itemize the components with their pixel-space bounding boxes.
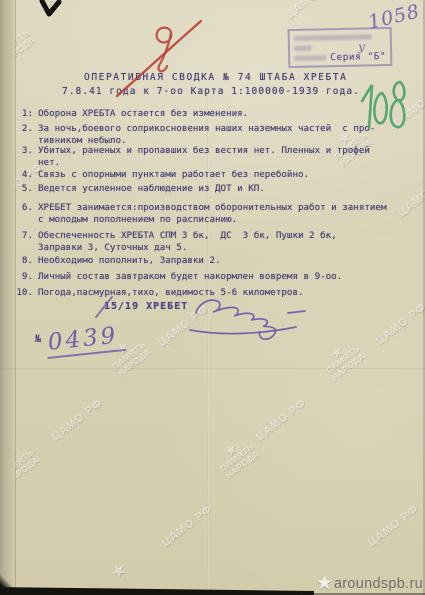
item-text: Погода,пасмурная,тихо, видимость 5-6 кил… <box>38 287 304 299</box>
report-item-10: 10.Погода,пасмурная,тихо, видимость 5-6 … <box>11 287 304 299</box>
stamp-letter: у <box>358 43 365 51</box>
report-title-line1: ОПЕРАТИВНАЯ СВОДКА № 74 ШТАБА ХРЕБТА <box>84 72 348 83</box>
stamp-series-line: Серия "Б" <box>294 51 386 63</box>
item-text: Личный состав завтраком будет накормлен … <box>38 271 342 283</box>
watermark-pamyat-naroda: ★ПАМЯТЬНАРОДА <box>326 122 375 169</box>
watermark-pamyat-naroda: ★ПАМЯТЬНАРОДА <box>212 434 261 481</box>
watermark-text-line: ПАМЯТЬ <box>325 344 362 376</box>
green-ink-108 <box>362 82 404 128</box>
watermark-camo: ЦАМО РФ <box>374 301 425 348</box>
watermark-pamyat-naroda: ★ПАМЯТЬНАРОДА <box>318 336 367 383</box>
vertical-fold-line <box>207 90 209 595</box>
credit-site-name: aroundspb.ru <box>334 576 423 592</box>
watermark-text-line: НАРОДА <box>116 347 153 378</box>
watermark-camo: ЦАМО РФ <box>36 0 91 13</box>
watermark-text-line: НАРОДА <box>224 449 261 480</box>
site-credit: ★ aroundspb.ru <box>316 575 423 593</box>
report-item-9: 9.Личный состав завтраком будет накормле… <box>11 271 342 283</box>
watermark-text-line: НАРОДА <box>338 137 375 168</box>
watermark-pamyat-naroda: ★ПАМЯТЬНАРОДА <box>104 332 153 379</box>
signoff-line: 15/19 ХРЕБЕТ <box>104 301 188 312</box>
item-text: ХРЕБЕТ занимается:производством оборонит… <box>38 202 386 225</box>
report-item-5: 5.Ведется усиленное наблюдение из ДОТ и … <box>11 183 265 195</box>
bottom-scan-edge <box>0 587 314 595</box>
star-icon: ★ <box>115 340 131 356</box>
watermark-camo: ЦАМО РФ <box>366 503 421 550</box>
star-icon: ★ <box>337 130 353 146</box>
item-text: Необходимо пополнить, Заправки 2. <box>38 255 221 267</box>
stamp-series-label: Серия "Б" <box>330 51 386 63</box>
horizontal-fold-line <box>0 368 425 369</box>
stamp-illegible-text <box>294 55 326 61</box>
bottom-left-corner-shadow <box>0 573 14 595</box>
item-text: Ведется усиленное наблюдение из ДОТ и КП… <box>38 183 265 195</box>
star-icon: ★ <box>329 344 345 360</box>
item-text: Связь с опорными пунктами работает без п… <box>38 169 309 181</box>
document-number-handwritten: 0439 <box>45 322 126 359</box>
document-number-label: № <box>35 334 41 345</box>
report-item-2: 2.За ночь,боевого соприкосновения наших … <box>11 123 375 146</box>
star-icon: ★ <box>108 560 130 582</box>
report-item-8: 8.Необходимо пополнить, Заправки 2. <box>11 255 221 267</box>
watermark-text-line: ПАМЯТЬ <box>219 442 256 474</box>
star-icon: ★ <box>223 442 239 458</box>
watermark-camo: ЦАМО РФ <box>284 0 339 21</box>
watermark-camo: ЦАМО РФ <box>50 397 105 444</box>
credit-star-icon: ★ <box>316 575 333 593</box>
registration-stamp: у Серия "Б" <box>288 27 393 68</box>
watermark-camo: ЦАМО РФ <box>254 397 309 444</box>
item-text: Убитых, раненых и пропавших без вестия н… <box>38 145 370 168</box>
report-item-1: 1:Оборона ХРЕБТА остается без изменения. <box>11 108 248 120</box>
report-title-line2: 7.8.41 года к 7-оо Карта 1:100000-1939 г… <box>62 86 360 97</box>
red-pencil-nine <box>157 28 172 72</box>
scanned-document-page: ЦАМО РФЦАМО РФЦАМО РФЦАМО РФЦАМО РФЦАМО … <box>0 0 425 595</box>
red-pencil-slash <box>117 21 201 96</box>
watermark-camo: ЦАМО РФ <box>396 173 425 220</box>
stamp-illegible-text <box>294 45 312 50</box>
report-item-6: 6.ХРЕБЕТ занимается:производством оборон… <box>11 202 386 225</box>
report-item-3: 3.Убитых, раненых и пропавших без вестия… <box>11 145 370 168</box>
page-left-edge <box>0 0 16 595</box>
report-item-7: 7.Обеспеченность ХРЕБТА СПМ 3 бк, ДС 3 б… <box>11 230 337 253</box>
report-item-4: 4.Связь с опорными пунктами работает без… <box>11 169 309 181</box>
watermark-text-line: ПАМЯТЬ <box>333 130 370 162</box>
item-text: Обеспеченность ХРЕБТА СПМ 3 бк, ДС 3 бк,… <box>38 230 337 253</box>
black-corner-mark <box>42 1 59 14</box>
item-text: Оборона ХРЕБТА остается без изменения. <box>38 108 248 120</box>
watermark-camo: ЦАМО РФ <box>392 83 425 130</box>
